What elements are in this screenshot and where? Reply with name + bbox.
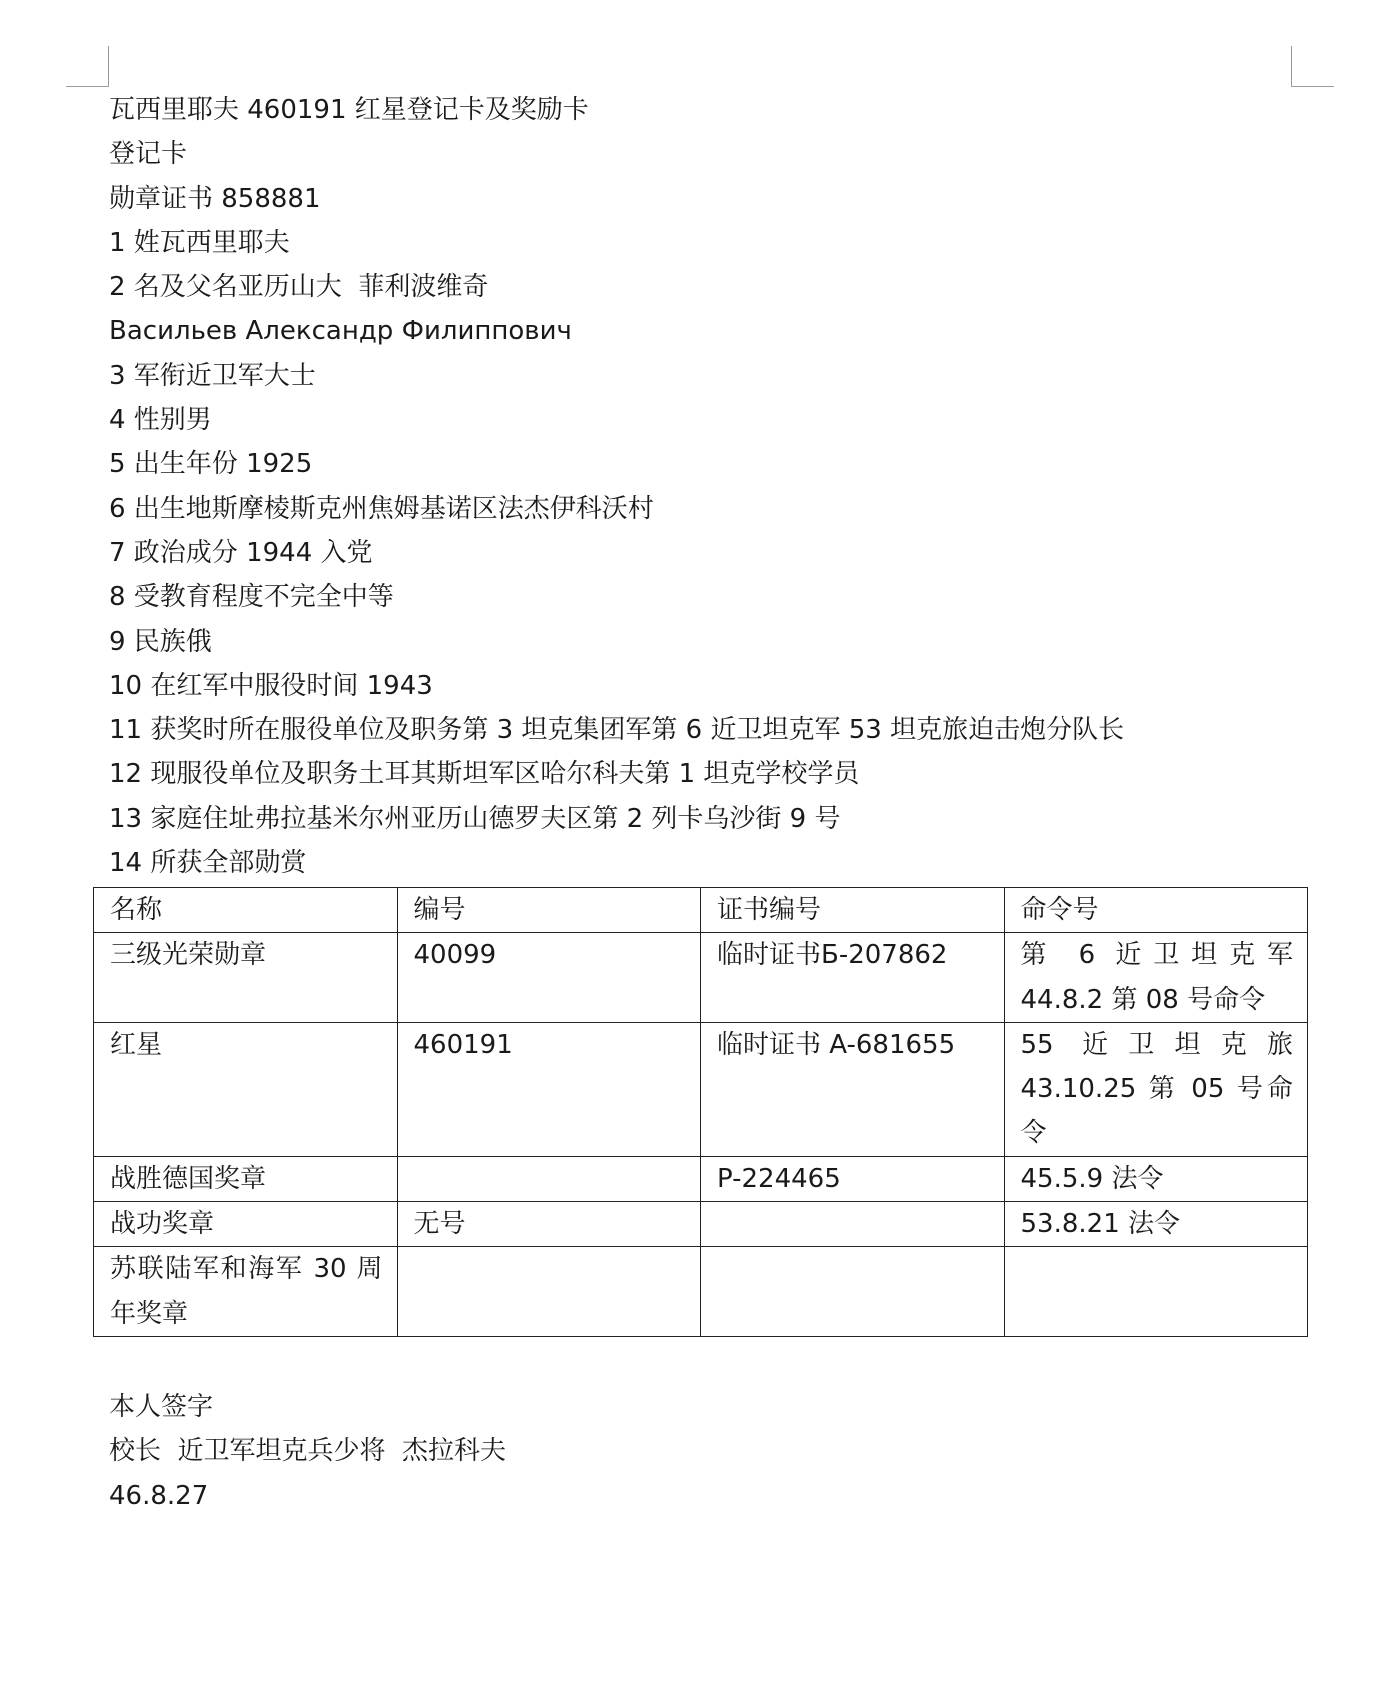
medal-certificate: 勋章证书 858881 (109, 177, 1309, 221)
table-row: 战胜德国奖章 P-224465 45.5.9 法令 (94, 1156, 1308, 1201)
cell-number (397, 1156, 701, 1201)
field-unit-at-award: 11 获奖时所在服役单位及职务第 3 坦克集团军第 6 近卫坦克军 53 坦克旅… (109, 708, 1309, 752)
cell-number (397, 1247, 701, 1337)
crop-mark-top-right-vertical (1291, 46, 1292, 86)
cell-order: 第 6 近卫坦克军 44.8.2 第 08 号命令 (1004, 933, 1308, 1023)
field-home-address: 13 家庭住址弗拉基米尔州亚历山德罗夫区第 2 列卡乌沙街 9 号 (109, 797, 1309, 841)
signature-date: 46.8.27 (109, 1474, 506, 1518)
header-certificate: 证书编号 (701, 888, 1005, 933)
cell-number: 40099 (397, 933, 701, 1023)
own-signature-label: 本人签字 (109, 1385, 506, 1429)
field-political-status: 7 政治成分 1944 入党 (109, 531, 1309, 575)
field-birth-year: 5 出生年份 1925 (109, 442, 1309, 486)
crop-mark-top-left-horizontal (66, 86, 109, 87)
field-education: 8 受教育程度不完全中等 (109, 575, 1309, 619)
cell-number: 460191 (397, 1022, 701, 1156)
field-gender: 4 性别男 (109, 398, 1309, 442)
cell-certificate: 临时证书Б-207862 (701, 933, 1005, 1023)
crop-mark-top-left-vertical (108, 46, 109, 86)
field-birthplace: 6 出生地斯摩棱斯克州焦姆基诺区法杰伊科沃村 (109, 487, 1309, 531)
crop-mark-top-right-horizontal (1291, 86, 1334, 87)
cell-number: 无号 (397, 1202, 701, 1247)
cell-name: 战胜德国奖章 (94, 1156, 398, 1201)
awards-table: 名称 编号 证书编号 命令号 三级光荣勋章 40099 临时证书Б-207862… (93, 887, 1308, 1337)
field-name-patronymic: 2 名及父名亚历山大 菲利波维奇 (109, 265, 1309, 309)
cell-order: 55 近卫坦克旅 43.10.25 第 05 号命令 (1004, 1022, 1308, 1156)
cell-order (1004, 1247, 1308, 1337)
header-order: 命令号 (1004, 888, 1308, 933)
signature-block: 本人签字 校长 近卫军坦克兵少将 杰拉科夫 46.8.27 (109, 1385, 506, 1518)
cell-order: 53.8.21 法令 (1004, 1202, 1308, 1247)
table-row: 苏联陆军和海军 30 周年奖章 (94, 1247, 1308, 1337)
field-name-russian: Васильев Александр Филиппович (109, 309, 1309, 353)
field-current-unit: 12 现服役单位及职务土耳其斯坦军区哈尔科夫第 1 坦克学校学员 (109, 752, 1309, 796)
cell-name: 红星 (94, 1022, 398, 1156)
cell-certificate (701, 1202, 1005, 1247)
cell-certificate: P-224465 (701, 1156, 1005, 1201)
header-name: 名称 (94, 888, 398, 933)
table-header-row: 名称 编号 证书编号 命令号 (94, 888, 1308, 933)
cell-name: 战功奖章 (94, 1202, 398, 1247)
field-nationality: 9 民族俄 (109, 620, 1309, 664)
table-row: 战功奖章 无号 53.8.21 法令 (94, 1202, 1308, 1247)
section-heading: 登记卡 (109, 132, 1309, 176)
document-title: 瓦西里耶夫 460191 红星登记卡及奖励卡 (109, 88, 1309, 132)
document-body: 瓦西里耶夫 460191 红星登记卡及奖励卡 登记卡 勋章证书 858881 1… (109, 88, 1309, 885)
header-number: 编号 (397, 888, 701, 933)
field-rank: 3 军衔近卫军大士 (109, 354, 1309, 398)
cell-certificate: 临时证书 A-681655 (701, 1022, 1005, 1156)
table-row: 红星 460191 临时证书 A-681655 55 近卫坦克旅 43.10.2… (94, 1022, 1308, 1156)
field-all-awards: 14 所获全部勋赏 (109, 841, 1309, 885)
cell-name: 三级光荣勋章 (94, 933, 398, 1023)
cell-certificate (701, 1247, 1005, 1337)
cell-order: 45.5.9 法令 (1004, 1156, 1308, 1201)
field-surname: 1 姓瓦西里耶夫 (109, 221, 1309, 265)
cell-name: 苏联陆军和海军 30 周年奖章 (94, 1247, 398, 1337)
field-service-start: 10 在红军中服役时间 1943 (109, 664, 1309, 708)
principal-signature: 校长 近卫军坦克兵少将 杰拉科夫 (109, 1429, 506, 1473)
table-row: 三级光荣勋章 40099 临时证书Б-207862 第 6 近卫坦克军 44.8… (94, 933, 1308, 1023)
